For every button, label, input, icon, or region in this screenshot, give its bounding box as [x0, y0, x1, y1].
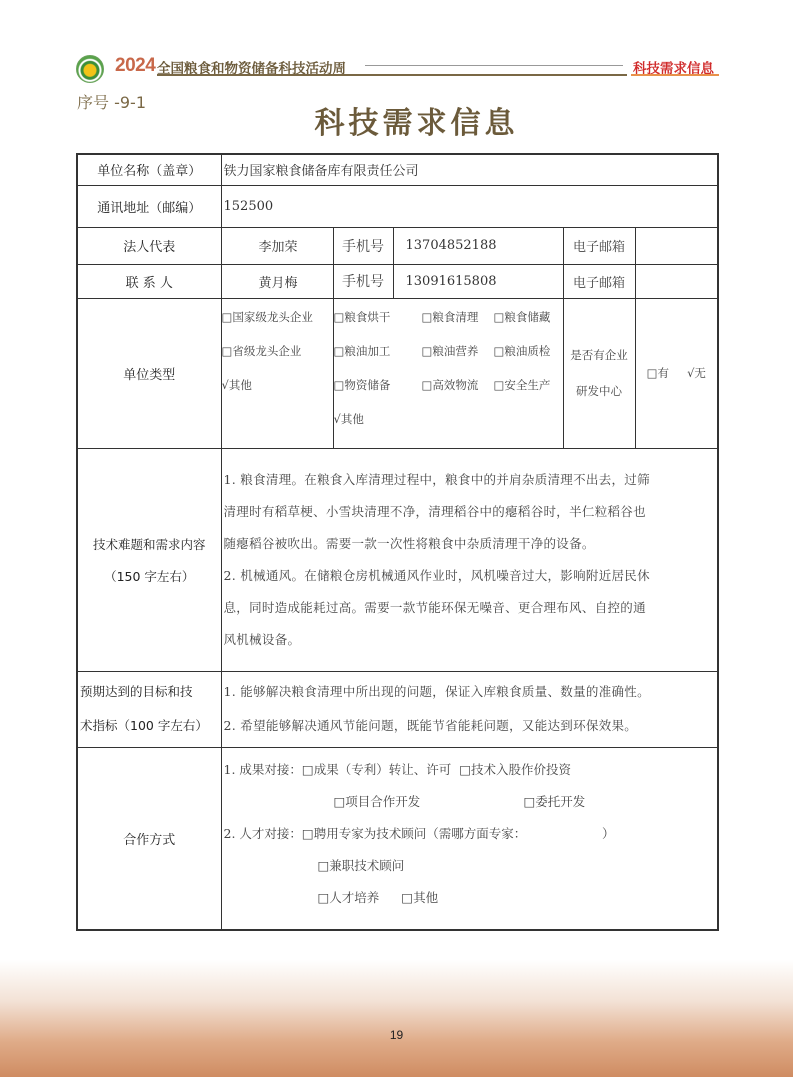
tech-problem-line: 2. 机械通风。在储粮仓房机械通风作业时，风机噪音过大，影响附近居民休	[222, 560, 718, 592]
expected-goals-line: 2. 希望能够解决通风节能问题，既能节省能耗问题，又能达到环保效果。	[222, 709, 718, 743]
contact-phone[interactable]: 13091615808	[393, 264, 563, 298]
contact-label: 联 系 人	[77, 264, 221, 298]
option-national-leader[interactable]: □国家级龙头企业	[222, 300, 333, 334]
option-oil-processing[interactable]: □粮油加工	[334, 334, 422, 368]
legal-rep-name[interactable]: 李加荣	[221, 227, 333, 264]
tech-problem-line: 随瘪稻谷被吹出。需要一款一次性将粮食中杂质清理干净的设备。	[222, 528, 718, 560]
tech-problem-sublabel: （150 字左右）	[78, 567, 221, 585]
rd-center-label: 是否有企业 研发中心	[563, 298, 635, 448]
unit-type-label: 单位类型	[77, 298, 221, 448]
contact-phone-label: 手机号	[333, 264, 393, 298]
header-divider	[365, 65, 623, 66]
unit-name-label: 单位名称（盖章）	[77, 154, 221, 185]
rd-center-choice: □有 √无	[635, 298, 718, 448]
row-cooperation: 合作方式 1. 成果对接：□成果（专利）转让、许可 □技术入股作价投资 □项目合…	[77, 747, 718, 930]
unit-field-options: □粮食烘干 □粮食清理 □粮食储藏 □粮油加工 □粮油营养 □粮油质检 □物资储…	[333, 298, 563, 448]
expected-goals-label-1: 预期达到的目标和技	[80, 675, 221, 709]
legal-rep-phone-label: 手机号	[333, 227, 393, 264]
rd-center-no-checkbox[interactable]: √无	[687, 366, 706, 380]
page-header: 2024 全国粮食和物资储备科技活动周 科技需求信息	[0, 0, 793, 100]
option-oil-nutrition[interactable]: □粮油营养	[422, 334, 494, 368]
row-contact: 联 系 人 黄月梅 手机号 13091615808 电子邮箱	[77, 264, 718, 298]
header-underline	[157, 74, 627, 76]
option-safety-production[interactable]: □安全生产	[494, 368, 551, 402]
tech-demand-form: 单位名称（盖章） 铁力国家粮食储备库有限责任公司 通讯地址（邮编） 152500…	[76, 153, 719, 931]
unit-level-options: □国家级龙头企业 □省级龙头企业 √其他	[221, 298, 333, 448]
option-joint-development[interactable]: □项目合作开发	[334, 786, 524, 818]
option-material-reserve[interactable]: □物资储备	[334, 368, 422, 402]
grain-logo-icon	[76, 55, 104, 83]
option-provincial-leader[interactable]: □省级龙头企业	[222, 334, 333, 368]
option-level-other[interactable]: √其他	[222, 368, 333, 402]
legal-rep-email-label: 电子邮箱	[563, 227, 635, 264]
tech-problem-content[interactable]: 1. 粮食清理。在粮食入库清理过程中，粮食中的并肩杂质清理不出去，过筛 清理时有…	[221, 448, 718, 671]
tech-problem-line: 清理时有稻草梗、小雪块清理不净，清理稻谷中的瘪稻谷时，半仁粒稻谷也	[222, 496, 718, 528]
expected-goals-line: 1. 能够解决粮食清理中所出现的问题，保证入库粮食质量、数量的准确性。	[222, 675, 718, 709]
unit-name-value[interactable]: 铁力国家粮食储备库有限责任公司	[221, 154, 718, 185]
row-tech-problem: 技术难题和需求内容 （150 字左右） 1. 粮食清理。在粮食入库清理过程中，粮…	[77, 448, 718, 671]
option-parttime-advisor[interactable]: □兼职技术顾问	[318, 858, 405, 873]
expected-goals-content[interactable]: 1. 能够解决粮食清理中所出现的问题，保证入库粮食质量、数量的准确性。 2. 希…	[221, 671, 718, 747]
option-tech-equity[interactable]: □技术入股作价投资	[459, 762, 571, 777]
tech-problem-line: 1. 粮食清理。在粮食入库清理过程中，粮食中的并肩杂质清理不出去，过筛	[222, 464, 718, 496]
option-talent-training[interactable]: □人才培养	[318, 890, 380, 905]
tech-problem-label: 技术难题和需求内容	[78, 535, 221, 553]
option-patent-transfer[interactable]: □成果（专利）转让、许可	[302, 762, 451, 777]
contact-email-label: 电子邮箱	[563, 264, 635, 298]
page-title: 科技需求信息	[0, 98, 793, 142]
option-commissioned-development[interactable]: □委托开发	[524, 794, 586, 809]
option-field-other[interactable]: √其他	[334, 402, 364, 436]
row-address: 通讯地址（邮编） 152500	[77, 185, 718, 227]
row-expected-goals: 预期达到的目标和技 术指标（100 字左右） 1. 能够解决粮食清理中所出现的问…	[77, 671, 718, 747]
option-grain-storage[interactable]: □粮食储藏	[494, 300, 551, 334]
option-grain-drying[interactable]: □粮食烘干	[334, 300, 422, 334]
section-tag-underline	[631, 74, 719, 76]
page-number: 19	[0, 1028, 793, 1042]
contact-email[interactable]	[635, 264, 718, 298]
option-efficient-logistics[interactable]: □高效物流	[422, 368, 494, 402]
address-value[interactable]: 152500	[221, 185, 718, 227]
tech-problem-line: 风机械设备。	[222, 624, 718, 656]
footer-farmland-background	[0, 960, 793, 1077]
legal-rep-phone[interactable]: 13704852188	[393, 227, 563, 264]
achievement-docking-label: 1. 成果对接：	[224, 762, 302, 777]
expected-goals-label-cell: 预期达到的目标和技 术指标（100 字左右）	[77, 671, 221, 747]
option-oil-inspection[interactable]: □粮油质检	[494, 334, 551, 368]
row-legal-rep: 法人代表 李加荣 手机号 13704852188 电子邮箱	[77, 227, 718, 264]
cooperation-label: 合作方式	[77, 747, 221, 930]
address-label: 通讯地址（邮编）	[77, 185, 221, 227]
contact-name[interactable]: 黄月梅	[221, 264, 333, 298]
tech-problem-label-cell: 技术难题和需求内容 （150 字左右）	[77, 448, 221, 671]
legal-rep-email[interactable]	[635, 227, 718, 264]
expected-goals-label-2: 术指标（100 字左右）	[80, 709, 221, 743]
row-unit-name: 单位名称（盖章） 铁力国家粮食储备库有限责任公司	[77, 154, 718, 185]
header-year: 2024	[115, 55, 155, 77]
talent-docking-label: 2. 人才对接：	[224, 826, 302, 841]
tech-problem-line: 息，同时造成能耗过高。需要一款节能环保无噪音、更合理布风、自控的通	[222, 592, 718, 624]
option-hire-expert[interactable]: □聘用专家为技术顾问（需哪方面专家：	[302, 826, 520, 841]
option-grain-cleaning[interactable]: □粮食清理	[422, 300, 494, 334]
option-coop-other[interactable]: □其他	[401, 890, 438, 905]
rd-center-yes-checkbox[interactable]: □有	[647, 366, 669, 380]
cooperation-content: 1. 成果对接：□成果（专利）转让、许可 □技术入股作价投资 □项目合作开发□委…	[221, 747, 718, 930]
legal-rep-label: 法人代表	[77, 227, 221, 264]
row-unit-type: 单位类型 □国家级龙头企业 □省级龙头企业 √其他 □粮食烘干 □粮食清理 □粮…	[77, 298, 718, 448]
